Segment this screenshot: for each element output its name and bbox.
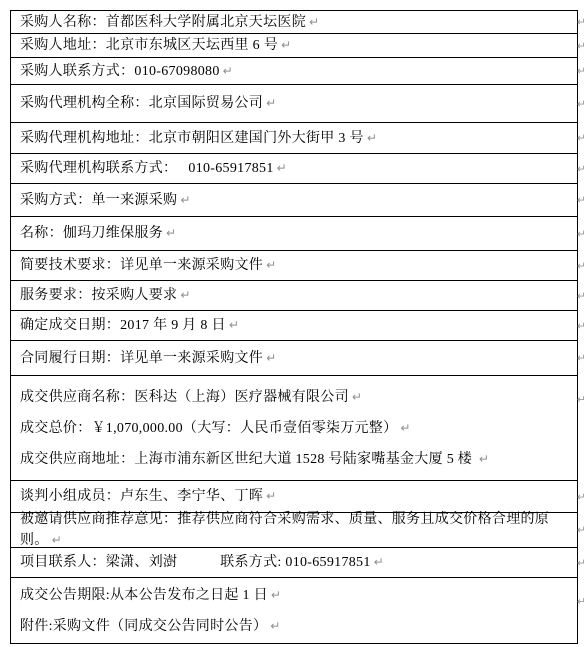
table-row: 采购方式：单一来源采购↵ ↵	[11, 184, 577, 217]
line-break-mark-icon: ↵	[270, 619, 280, 633]
cell-text: 成交供应商名称：医科达（上海）医疗器械有限公司↵	[20, 382, 573, 413]
table-row: 采购代理机构地址：北京市朝阳区建国门外大街甲 3 号↵ ↵	[11, 123, 577, 154]
cell-text: 简要技术要求：详见单一来源采购文件↵	[20, 255, 573, 276]
end-of-row-mark-icon: ↵	[577, 524, 584, 537]
cell-text-value: 采购人名称：首都医科大学附属北京天坛医院	[20, 15, 306, 30]
table-row: 服务要求：按采购人要求↵ ↵	[11, 281, 577, 311]
line-break-mark-icon: ↵	[52, 533, 62, 547]
cell-text-value: 附件:采购文件（同成交公告同时公告）	[20, 619, 267, 634]
line-break-mark-icon: ↵	[166, 226, 176, 240]
cell-text: 附件:采购文件（同成交公告同时公告）↵	[20, 611, 573, 642]
cell-text: 采购代理机构地址：北京市朝阳区建国门外大街甲 3 号↵	[20, 128, 573, 149]
end-of-row-mark-icon: ↵	[577, 556, 584, 569]
end-of-row-mark-icon: ↵	[577, 16, 584, 29]
cell-text: 采购代理机构联系方式： 010-65917851↵	[20, 158, 573, 179]
table-row: 采购人地址：北京市东城区天坛西里 6 号↵ ↵	[11, 34, 577, 58]
line-break-mark-icon: ↵	[352, 390, 362, 404]
table-row: 名称：伽玛刀维保服务↵ ↵	[11, 217, 577, 251]
end-of-row-mark-icon: ↵	[577, 65, 584, 78]
line-break-mark-icon: ↵	[266, 96, 276, 110]
cell-text-value: 确定成交日期：2017 年 9 月 8 日	[20, 318, 226, 333]
cell-text: 采购人名称：首都医科大学附属北京天坛医院↵	[20, 12, 573, 33]
table-row: 采购人联系方式：010-67098080↵ ↵	[11, 58, 577, 85]
cell-text-value: 成交总价：￥1,070,000.00（大写：人民币壹佰零柒万元整）	[20, 421, 397, 436]
procurement-announcement-table: 采购人名称：首都医科大学附属北京天坛医院↵ ↵ 采购人地址：北京市东城区天坛西里…	[10, 10, 578, 644]
table-row: 项目联系人：梁潇、刘澍 联系方式: 010-65917851↵ ↵	[11, 548, 577, 578]
cell-text: 合同履行日期：详见单一来源采购文件↵	[20, 348, 573, 369]
cell-text: 成交总价：￥1,070,000.00（大写：人民币壹佰零柒万元整）↵	[20, 413, 573, 444]
line-break-mark-icon: ↵	[223, 64, 233, 78]
line-break-mark-icon: ↵	[367, 131, 377, 145]
cell-text-value: 简要技术要求：详见单一来源采购文件	[20, 258, 263, 273]
cell-text-value: 服务要求：按采购人要求	[20, 288, 177, 303]
line-break-mark-icon: ↵	[271, 588, 281, 602]
cell-text: 成交供应商地址：上海市浦东新区世纪大道 1528 号陆家嘴基金大厦 5 楼 ↵	[20, 444, 573, 475]
line-break-mark-icon: ↵	[266, 351, 276, 365]
line-break-mark-icon: ↵	[374, 555, 384, 569]
cell-text: 名称：伽玛刀维保服务↵	[20, 223, 573, 244]
table-row: 采购人名称：首都医科大学附属北京天坛医院↵ ↵	[11, 11, 577, 34]
cell-text-value: 采购人地址：北京市东城区天坛西里 6 号	[20, 38, 278, 53]
table-row: 简要技术要求：详见单一来源采购文件↵ ↵	[11, 251, 577, 281]
cell-text: 采购人地址：北京市东城区天坛西里 6 号↵	[20, 35, 573, 56]
line-break-mark-icon: ↵	[400, 421, 410, 435]
cell-text: 谈判小组成员：卢东生、李宁华、丁晖↵	[20, 486, 573, 507]
table-row: 谈判小组成员：卢东生、李宁华、丁晖↵ ↵	[11, 481, 577, 513]
cell-text: 被邀请供应商推荐意见：推荐供应商符合采购需求、质量、服务且成交价格合理的原则。↵	[20, 510, 573, 551]
cell-text: 采购代理机构全称：北京国际贸易公司↵	[20, 93, 573, 114]
cell-text: 服务要求：按采购人要求↵	[20, 285, 573, 306]
table-row: 被邀请供应商推荐意见：推荐供应商符合采购需求、质量、服务且成交价格合理的原则。↵…	[11, 513, 577, 548]
end-of-row-mark-icon: ↵	[577, 319, 584, 332]
end-of-row-mark-icon: ↵	[577, 289, 584, 302]
cell-text-value: 成交公告期限:从本公告发布之日起 1 日	[20, 588, 268, 603]
end-of-row-mark-icon: ↵	[577, 132, 584, 145]
table-row: 采购代理机构联系方式： 010-65917851↵ ↵	[11, 154, 577, 184]
cell-text-value: 采购代理机构地址：北京市朝阳区建国门外大街甲 3 号	[20, 131, 364, 146]
end-of-row-mark-icon: ↵	[577, 490, 584, 503]
cell-text: 采购方式：单一来源采购↵	[20, 190, 573, 211]
end-of-row-mark-icon: ↵	[577, 595, 584, 608]
end-of-row-mark-icon: ↵	[577, 194, 584, 207]
line-break-mark-icon: ↵	[180, 193, 190, 207]
table-row: 合同履行日期：详见单一来源采购文件↵ ↵	[11, 341, 577, 376]
line-break-mark-icon: ↵	[309, 15, 319, 29]
line-break-mark-icon: ↵	[229, 318, 239, 332]
line-break-mark-icon: ↵	[266, 258, 276, 272]
table-row: 采购代理机构全称：北京国际贸易公司↵ ↵	[11, 85, 577, 123]
cell-text: 项目联系人：梁潇、刘澍 联系方式: 010-65917851↵	[20, 552, 573, 573]
cell-text-value: 采购代理机构联系方式： 010-65917851	[20, 161, 274, 176]
document-page: 采购人名称：首都医科大学附属北京天坛医院↵ ↵ 采购人地址：北京市东城区天坛西里…	[0, 0, 584, 647]
cell-text-value: 成交供应商地址：上海市浦东新区世纪大道 1528 号陆家嘴基金大厦 5 楼	[20, 452, 476, 467]
line-break-mark-icon: ↵	[266, 489, 276, 503]
table-row: 确定成交日期：2017 年 9 月 8 日↵ ↵	[11, 311, 577, 341]
table-row: 成交供应商名称：医科达（上海）医疗器械有限公司↵ 成交总价：￥1,070,000…	[11, 376, 577, 481]
cell-text-value: 采购人联系方式：010-67098080	[20, 64, 220, 79]
cell-text: 采购人联系方式：010-67098080↵	[20, 61, 573, 82]
cell-text-value: 项目联系人：梁潇、刘澍 联系方式: 010-65917851	[20, 555, 371, 570]
cell-text-value: 合同履行日期：详见单一来源采购文件	[20, 351, 263, 366]
cell-text-value: 成交供应商名称：医科达（上海）医疗器械有限公司	[20, 390, 349, 405]
cell-text: 成交公告期限:从本公告发布之日起 1 日↵	[20, 580, 573, 611]
cell-text-value: 采购方式：单一来源采购	[20, 193, 177, 208]
end-of-row-mark-icon: ↵	[577, 259, 584, 272]
end-of-row-mark-icon: ↵	[577, 352, 584, 365]
cell-text-value: 采购代理机构全称：北京国际贸易公司	[20, 96, 263, 111]
line-break-mark-icon: ↵	[277, 161, 287, 175]
end-of-row-mark-icon: ↵	[577, 227, 584, 240]
cell-text: 确定成交日期：2017 年 9 月 8 日↵	[20, 315, 573, 336]
end-of-row-mark-icon: ↵	[577, 39, 584, 52]
cell-text-value: 被邀请供应商推荐意见：推荐供应商符合采购需求、质量、服务且成交价格合理的原则。	[20, 512, 549, 548]
line-break-mark-icon: ↵	[479, 452, 489, 466]
end-of-row-mark-icon: ↵	[577, 97, 584, 110]
line-break-mark-icon: ↵	[180, 288, 190, 302]
end-of-row-mark-icon: ↵	[577, 393, 584, 406]
table-row: 成交公告期限:从本公告发布之日起 1 日↵ 附件:采购文件（同成交公告同时公告）…	[11, 578, 577, 644]
cell-text-value: 谈判小组成员：卢东生、李宁华、丁晖	[20, 489, 263, 504]
end-of-row-mark-icon: ↵	[577, 162, 584, 175]
cell-text-value: 名称：伽玛刀维保服务	[20, 226, 163, 241]
line-break-mark-icon: ↵	[281, 38, 291, 52]
